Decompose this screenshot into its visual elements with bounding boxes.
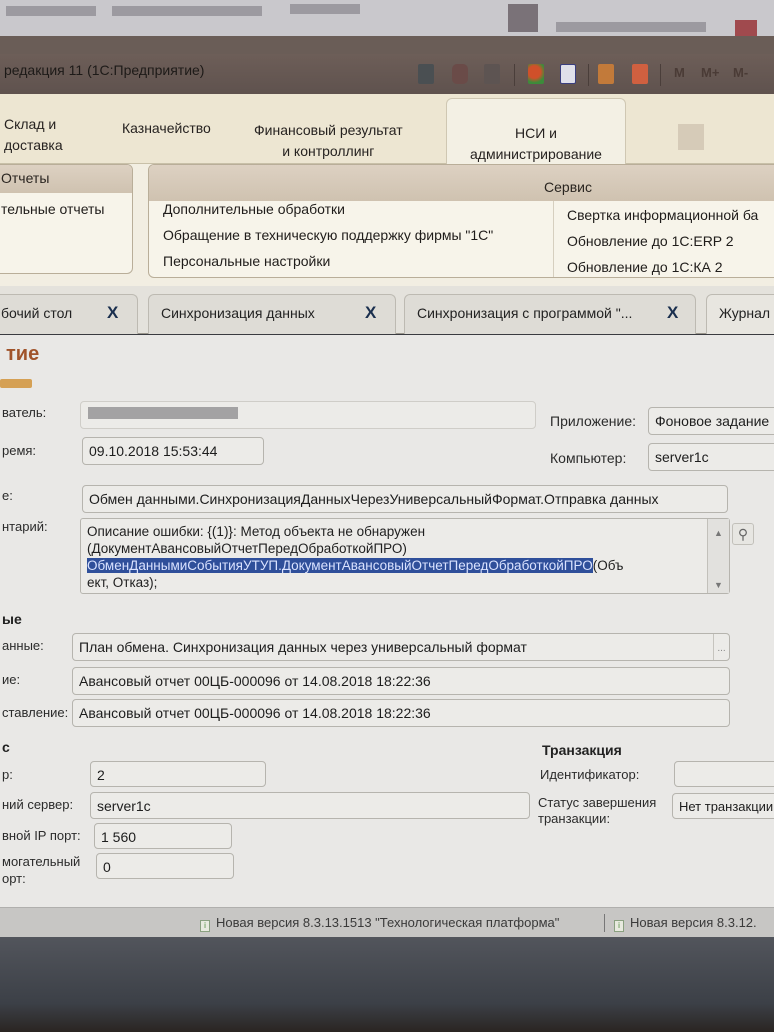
comment-scrollbar[interactable]: ▲ ▼ [707,519,729,593]
section-label: Казначейство [122,118,211,139]
transaction-status-label: транзакции: [538,811,610,826]
transaction-id-field[interactable] [674,761,774,787]
command-bar-button[interactable] [0,379,32,388]
search-icon[interactable]: ⚲ [732,523,754,545]
status-new-version[interactable]: iНовая версия 8.3.13.1513 "Технологическ… [200,915,559,932]
port-label: вной IP порт: [2,828,81,843]
close-icon[interactable]: X [667,303,678,323]
tab-sync-program[interactable]: Синхронизация с программой "... X [404,294,696,334]
link-personal-settings[interactable]: Персональные настройки [163,253,330,269]
close-icon[interactable]: X [365,303,376,323]
comment-line: ОбменДаннымиСобытияУТУП.ДокументАвансовы… [87,557,699,574]
calculator-icon[interactable] [598,64,614,84]
comment-text: (Объ [593,558,624,573]
data-label: ие: [2,672,20,687]
form-title: тие [6,343,39,366]
server-label: ний сервер: [2,797,73,812]
favorites-icon[interactable] [560,64,576,84]
transaction-status-field[interactable]: Нет транзакции [672,793,774,819]
link-update-ka[interactable]: Обновление до 1С:КА 2 [567,259,723,275]
transaction-group-title: Транзакция [542,742,622,758]
transaction-id-label: Идентификатор: [540,767,639,782]
preview-icon[interactable] [484,64,500,84]
print-icon[interactable] [452,64,468,84]
calendar-icon[interactable] [632,64,648,84]
metadata-label: анные: [2,638,44,653]
scroll-up-icon[interactable]: ▲ [714,525,723,542]
toolbar-separator [588,64,589,86]
tab-label: Синхронизация с программой "... [417,305,632,321]
metadata-field[interactable]: План обмена. Синхронизация данных через … [72,633,730,661]
selected-text: ОбменДаннымиСобытияУТУП.ДокументАвансовы… [87,558,593,573]
link-infobase-collapse[interactable]: Свертка информационной ба [567,207,758,223]
toolbar-separator [514,64,515,86]
info-icon: i [614,920,624,932]
tab-desktop[interactable]: бочий стол X [0,294,138,334]
application-label: Приложение: [550,413,636,429]
session-field[interactable]: 2 [90,761,266,787]
event-field[interactable]: Обмен данными.СинхронизацияДанныхЧерезУн… [82,485,728,513]
tab-label: Журнал [719,305,770,321]
section-label: и контроллинг [254,141,403,162]
window-title: редакция 11 (1С:Предприятие) [4,62,204,78]
comment-line: ект, Отказ); [87,574,699,591]
service-group-title: Сервис [149,165,774,201]
section-label: администрирование [447,144,625,165]
blurred-region [508,4,538,32]
section-label: НСИ и [447,123,625,144]
select-button[interactable]: ... [713,634,729,660]
status-bar: iНовая версия 8.3.13.1513 "Технологическ… [0,907,774,937]
comment-line: (ДокументАвансовыйОтчетПередОбработкойПР… [87,540,699,557]
port-field[interactable]: 1 560 [94,823,232,849]
tab-data-sync[interactable]: Синхронизация данных X [148,294,396,334]
session-group-title: с [2,739,10,755]
status-text: Новая версия 8.3.12. [630,915,757,930]
link-tech-support[interactable]: Обращение в техническую поддержку фирмы … [163,227,493,243]
aux-port-field[interactable]: 0 [96,853,234,879]
info-icon: i [200,920,210,932]
aux-port-label: могательный [2,854,80,869]
service-group: Сервис Дополнительные обработки Обращени… [148,164,774,278]
computer-label: Компьютер: [550,450,626,466]
memory-minus-button[interactable]: M- [733,65,748,80]
comment-textarea[interactable]: Описание ошибки: {(1)}: Метод объекта не… [80,518,730,594]
server-field[interactable]: server1c [90,792,530,819]
section-label: Финансовый результат [254,120,403,141]
computer-field[interactable]: server1c [648,443,774,471]
tab-journal[interactable]: Журнал [706,294,774,334]
reports-group-title: Отчеты [0,165,132,193]
section-nsi-administration[interactable]: НСИ и администрирование [446,98,626,164]
event-label: е: [2,488,13,503]
aux-port-label: орт: [2,871,26,886]
column-divider [553,201,554,278]
blurred-region [678,124,704,150]
data-group-title: ые [2,611,22,627]
session-label: р: [2,767,13,782]
link-update-erp[interactable]: Обновление до 1С:ERP 2 [567,233,734,249]
blurred-region [88,407,238,419]
comment-line: Описание ошибки: {(1)}: Метод объекта не… [87,523,699,540]
section-label: Склад и [4,114,63,135]
memory-button[interactable]: M [674,65,685,80]
status-text: Новая версия 8.3.13.1513 "Технологическа… [216,915,559,930]
status-separator [604,914,605,932]
tab-label: бочий стол [1,305,72,321]
application-field[interactable]: Фоновое задание [648,407,774,435]
section-warehouse[interactable]: Склад и доставка [4,114,63,156]
sections-panel: Склад и доставка Казначейство Финансовый… [0,94,774,164]
metadata-value: План обмена. Синхронизация данных через … [79,639,527,655]
data-field[interactable]: Авансовый отчет 00ЦБ-000096 от 14.08.201… [72,667,730,695]
transaction-status-label: Статус завершения [538,795,656,810]
time-field[interactable]: 09.10.2018 15:53:44 [82,437,264,465]
section-label: доставка [4,135,63,156]
blurred-top-strip [0,0,774,36]
open-windows-bar: бочий стол X Синхронизация данных X Синх… [0,286,774,334]
blurred-region [290,4,360,14]
section-financial-result[interactable]: Финансовый результат и контроллинг [254,120,403,162]
title-bar: редакция 11 (1С:Предприятие) M M+ M- [0,54,774,94]
toolbar-separator [660,64,661,86]
event-form: тие ватель: Приложение: Фоновое задание … [0,335,774,907]
user-label: ватель: [2,405,46,420]
reports-group: Отчеты тельные отчеты [0,164,133,274]
presentation-label: ставление: [2,705,68,720]
tab-label: Синхронизация данных [161,305,315,321]
document-icon[interactable] [418,64,434,84]
window-frame [0,36,774,54]
monitor-bezel [0,937,774,1032]
function-panel: Отчеты тельные отчеты Сервис Дополнитель… [0,164,774,286]
link-additional-processing[interactable]: Дополнительные обработки [163,201,345,217]
blurred-region [556,22,706,32]
blurred-region [6,6,96,16]
blurred-region [735,20,757,36]
status-new-version[interactable]: iНовая версия 8.3.12. [614,915,757,932]
time-label: ремя: [2,443,36,458]
favorites-add-icon[interactable] [528,64,544,84]
link-additional-reports[interactable]: тельные отчеты [1,201,105,217]
comment-label: нтарий: [2,519,48,534]
scroll-down-icon[interactable]: ▼ [714,577,723,594]
presentation-field[interactable]: Авансовый отчет 00ЦБ-000096 от 14.08.201… [72,699,730,727]
section-treasury[interactable]: Казначейство [122,118,211,139]
close-icon[interactable]: X [107,303,118,323]
memory-plus-button[interactable]: M+ [701,65,719,80]
blurred-region [112,6,262,16]
